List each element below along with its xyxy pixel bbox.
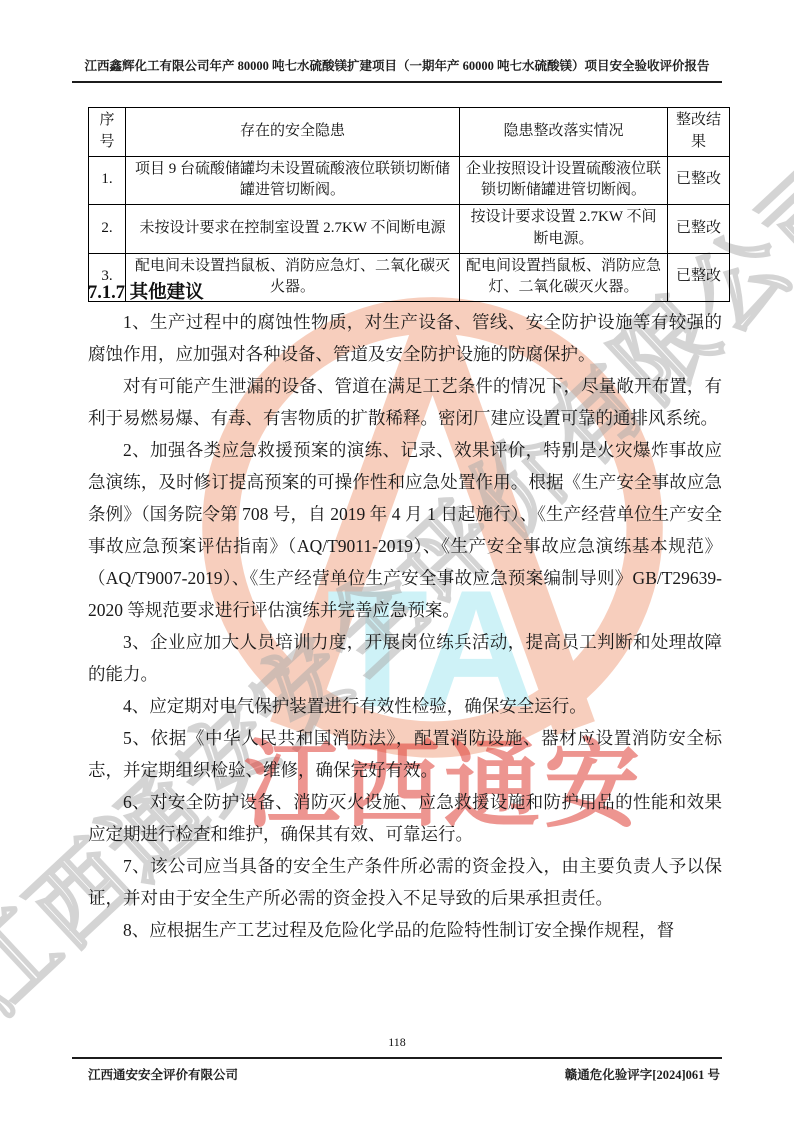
section-body: 1、生产过程中的腐蚀性物质，对生产设备、管线、安全防护设施等有较强的腐蚀作用，应… — [88, 306, 722, 946]
cell-no: 2. — [89, 205, 126, 254]
page-header-title: 江西鑫辉化工有限公司年产 80000 吨七水硫酸镁扩建项目（一期年产 60000… — [72, 56, 722, 83]
paragraph: 1、生产过程中的腐蚀性物质，对生产设备、管线、安全防护设施等有较强的腐蚀作用，应… — [88, 306, 722, 370]
table-row: 2. 未按设计要求在控制室设置 2.7KW 不间断电源 按设计要求设置 2.7K… — [89, 205, 730, 254]
cell-hazard: 项目 9 台硫酸储罐均未设置硫酸液位联锁切断储罐进管切断阀。 — [126, 156, 460, 205]
footer-company: 江西通安安全评价有限公司 — [88, 1065, 238, 1083]
page-number: 118 — [0, 1035, 794, 1050]
paragraph: 7、该公司应当具备的安全生产条件所必需的资金投入，由主要负责人予以保证，并对由于… — [88, 850, 722, 914]
paragraph: 4、应定期对电气保护装置进行有效性检验，确保安全运行。 — [88, 690, 722, 722]
footer-divider — [72, 1057, 722, 1059]
cell-action: 配电间设置挡鼠板、消防应急灯、二氧化碳灭火器。 — [460, 253, 668, 302]
cell-result: 已整改 — [668, 156, 730, 205]
col-header-hazard: 存在的安全隐患 — [126, 108, 460, 157]
cell-action: 按设计要求设置 2.7KW 不间断电源。 — [460, 205, 668, 254]
cell-result: 已整改 — [668, 253, 730, 302]
paragraph: 3、企业应加大人员培训力度，开展岗位练兵活动，提高员工判断和处理故障的能力。 — [88, 626, 722, 690]
paragraph: 5、依据《中华人民共和国消防法》，配置消防设施、器材应设置消防安全标志，并定期组… — [88, 722, 722, 786]
col-header-result: 整改结果 — [668, 108, 730, 157]
rectification-table: 序号 存在的安全隐患 隐患整改落实情况 整改结果 1. 项目 9 台硫酸储罐均未… — [88, 107, 730, 302]
paragraph: 6、对安全防护设备、消防灭火设施、应急救援设施和防护用品的性能和效果应定期进行检… — [88, 786, 722, 850]
paragraph: 2、加强各类应急救援预案的演练、记录、效果评价，特别是火灾爆炸事故应急演练，及时… — [88, 434, 722, 626]
cell-result: 已整改 — [668, 205, 730, 254]
cell-no: 1. — [89, 156, 126, 205]
col-header-no: 序号 — [89, 108, 126, 157]
paragraph: 8、应根据生产工艺过程及危险化学品的危险特性制订安全操作规程，督 — [88, 914, 722, 946]
table-header-row: 序号 存在的安全隐患 隐患整改落实情况 整改结果 — [89, 108, 730, 157]
cell-action: 企业按照设计设置硫酸液位联锁切断储罐进管切断阀。 — [460, 156, 668, 205]
paragraph: 对有可能产生泄漏的设备、管道在满足工艺条件的情况下，尽量敞开布置，有利于易燃易爆… — [88, 370, 722, 434]
footer-doc-number: 赣通危化验评字[2024]061 号 — [565, 1065, 720, 1083]
col-header-action: 隐患整改落实情况 — [460, 108, 668, 157]
report-page: TA 江西通安安全评价有限公司 江西通安 江西鑫辉化工有限公司年产 80000 … — [0, 0, 794, 1123]
table-row: 1. 项目 9 台硫酸储罐均未设置硫酸液位联锁切断储罐进管切断阀。 企业按照设计… — [89, 156, 730, 205]
section-heading: 7.1.7 其他建议 — [88, 278, 204, 304]
cell-hazard: 未按设计要求在控制室设置 2.7KW 不间断电源 — [126, 205, 460, 254]
